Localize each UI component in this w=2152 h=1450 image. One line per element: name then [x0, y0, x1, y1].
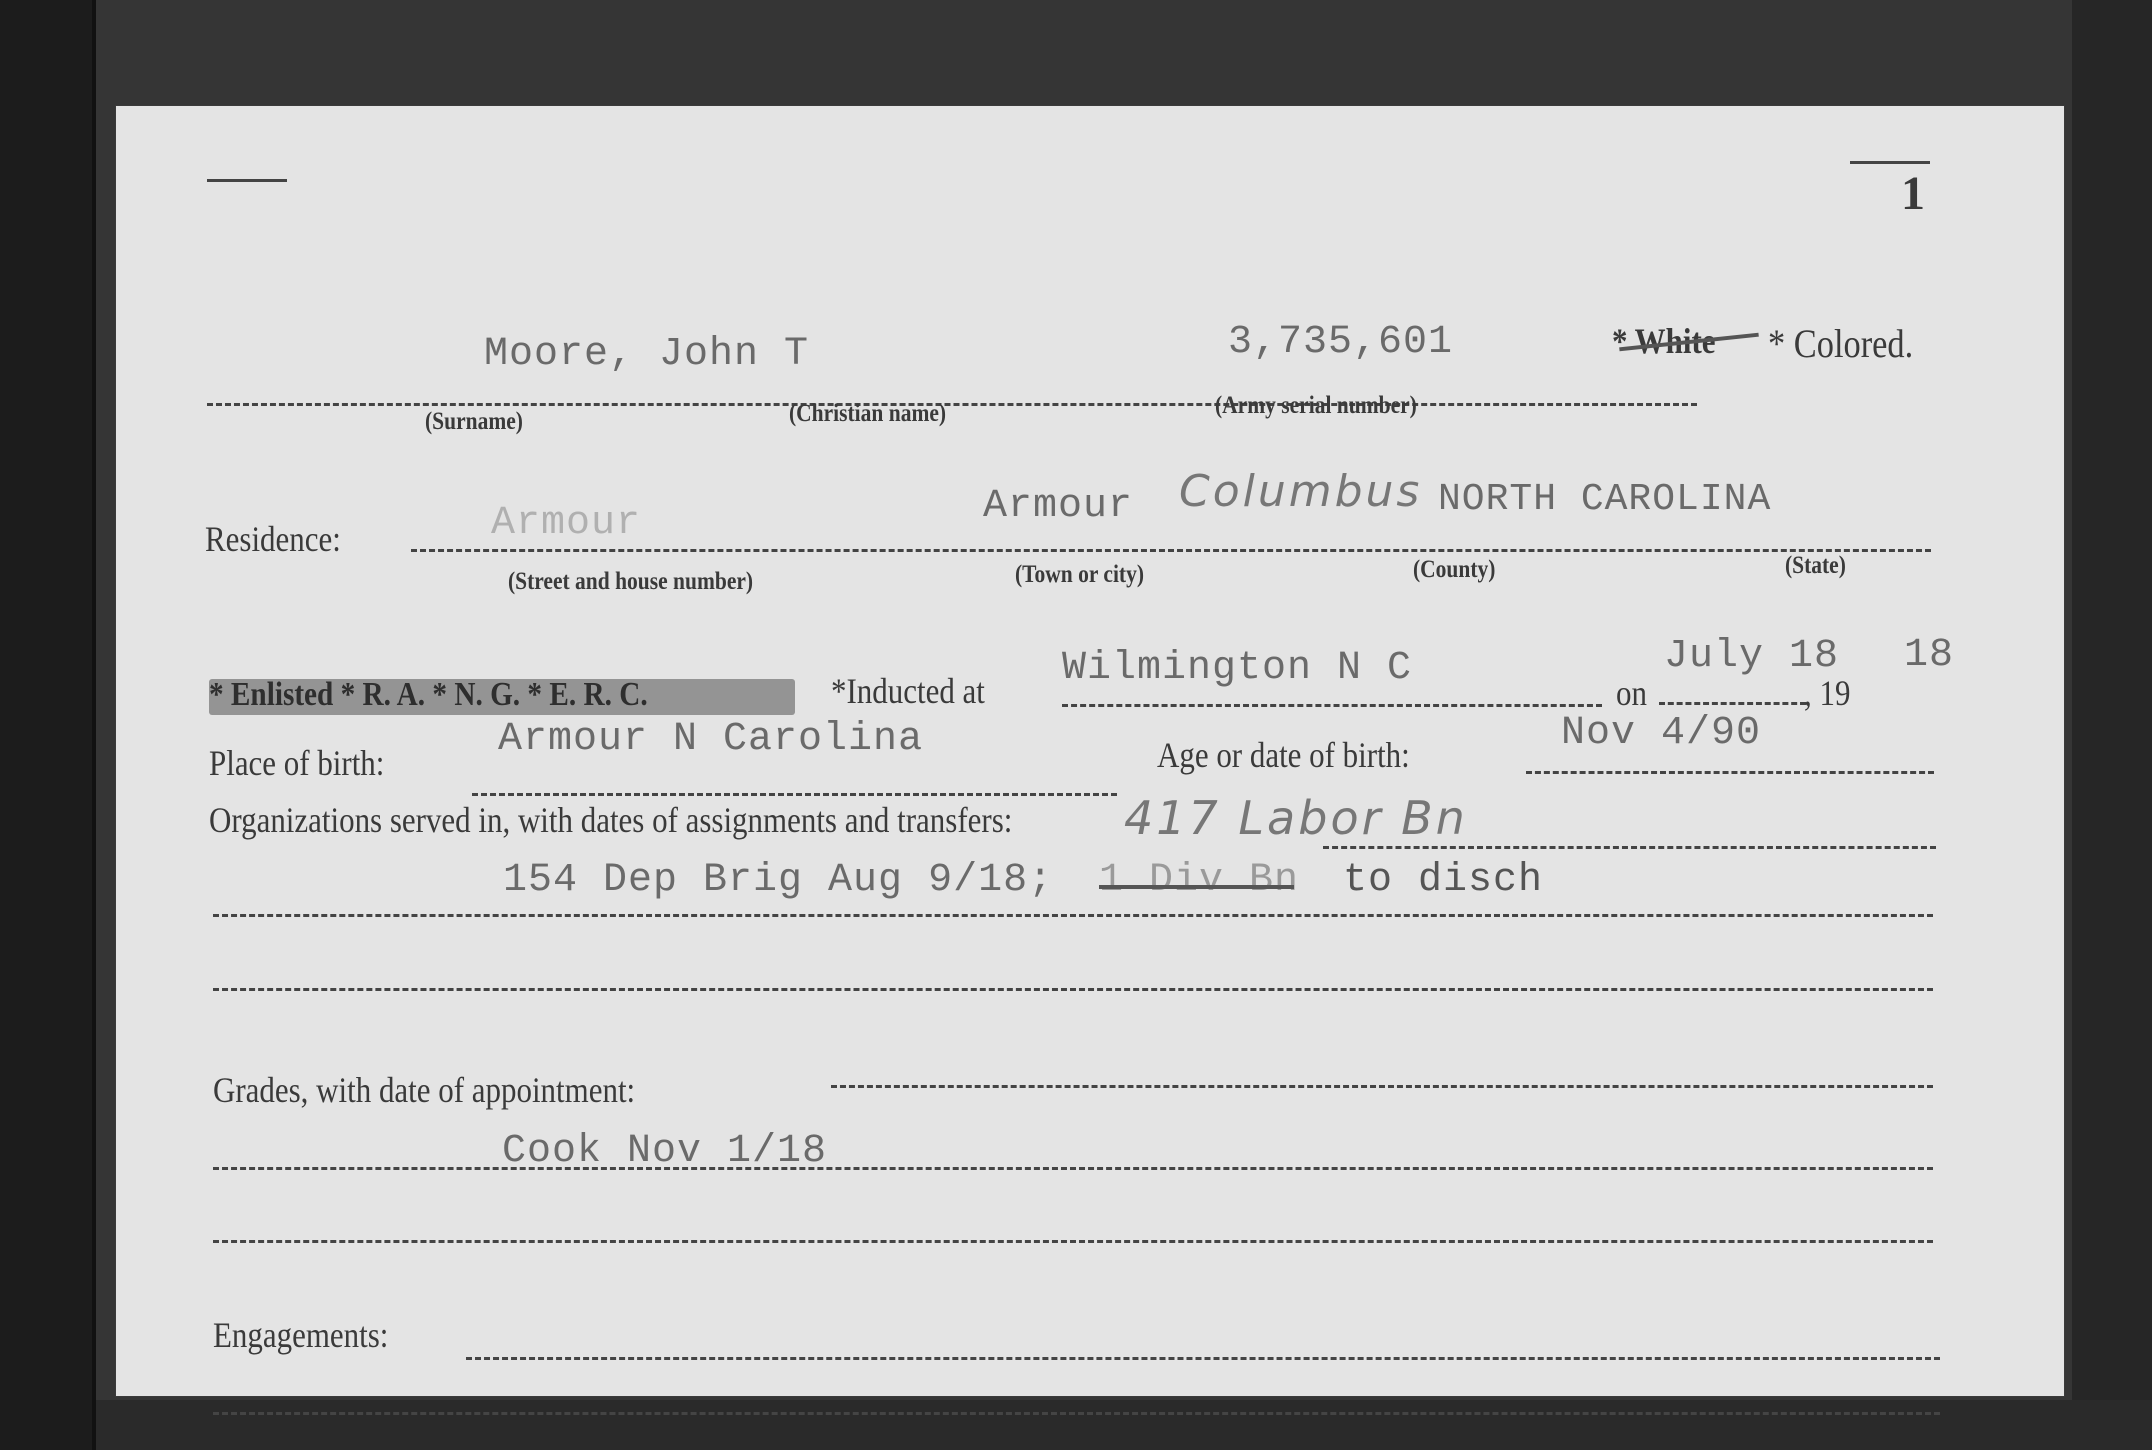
residence-town-value: Armour	[983, 484, 1133, 529]
colored-label: * Colored.	[1768, 320, 1913, 367]
inducted-at-value: Wilmington N C	[1062, 646, 1412, 691]
county-caption: (County)	[1413, 556, 1495, 584]
date-of-birth-value: Nov 4/90	[1561, 711, 1761, 756]
christian-name-caption: (Christian name)	[789, 400, 946, 428]
inducted-year-value: 18	[1904, 633, 1954, 678]
organizations-label: Organizations served in, with dates of a…	[209, 799, 1012, 841]
serial-number-value: 3,735,601	[1228, 320, 1453, 365]
service-record-card: 1 Moore, John T 3,735,601 * White * Colo…	[116, 106, 2064, 1396]
place-of-birth-label: Place of birth:	[209, 742, 384, 784]
residence-street-value: Armour	[491, 501, 641, 546]
top-left-rule	[207, 179, 287, 182]
grades-line-3	[213, 1240, 1933, 1243]
organizations-line-2	[213, 914, 1933, 917]
organizations-end-value: to disch	[1343, 858, 1543, 903]
engagements-label: Engagements:	[213, 1314, 388, 1356]
organizations-typed-value: 154 Dep Brig Aug 9/18;	[503, 858, 1053, 903]
top-right-rule	[1850, 161, 1930, 164]
engagements-line-2	[213, 1412, 1940, 1415]
residence-county-handwritten: Columbus	[1179, 466, 1422, 517]
card-number: 1	[1901, 166, 1925, 221]
organizations-line-1	[1323, 846, 1936, 849]
engagements-line-1	[466, 1357, 1940, 1360]
street-caption: (Street and house number)	[508, 568, 753, 596]
name-value: Moore, John T	[484, 332, 809, 377]
serial-caption: (Army serial number)	[1215, 392, 1417, 420]
state-caption: (State)	[1785, 552, 1846, 580]
organizations-strikeout	[1099, 885, 1294, 889]
grades-line-1	[831, 1085, 1933, 1088]
inducted-at-line	[1062, 704, 1602, 707]
enlisted-options-label: * Enlisted * R. A. * N. G. * E. R. C.	[209, 676, 648, 714]
surname-caption: (Surname)	[425, 408, 523, 436]
scanner-left-strip	[0, 0, 92, 1450]
inducted-date-line	[1659, 702, 1806, 705]
organizations-handwritten: 417 Labor Bn	[1124, 791, 1468, 845]
inducted-at-label: *Inducted at	[831, 670, 985, 712]
town-caption: (Town or city)	[1015, 561, 1144, 589]
residence-state-value: NORTH CAROLINA	[1438, 478, 1771, 521]
background-bottom-band	[96, 1400, 2152, 1450]
grades-label: Grades, with date of appointment:	[213, 1069, 635, 1111]
age-dob-label: Age or date of birth:	[1157, 734, 1410, 776]
name-line	[207, 403, 1697, 406]
residence-label: Residence:	[205, 518, 341, 560]
residence-line	[411, 549, 1931, 552]
organizations-struck-value: 1 Div Bn	[1099, 858, 1299, 903]
dob-line	[1526, 771, 1934, 774]
on-label: on	[1616, 672, 1647, 714]
inducted-year-label: , 19	[1804, 672, 1850, 714]
place-of-birth-line	[472, 793, 1117, 796]
organizations-line-3	[213, 988, 1933, 991]
background-right-band	[2072, 0, 2152, 1450]
grades-line-2	[213, 1167, 1933, 1170]
place-of-birth-value: Armour N Carolina	[498, 717, 923, 762]
